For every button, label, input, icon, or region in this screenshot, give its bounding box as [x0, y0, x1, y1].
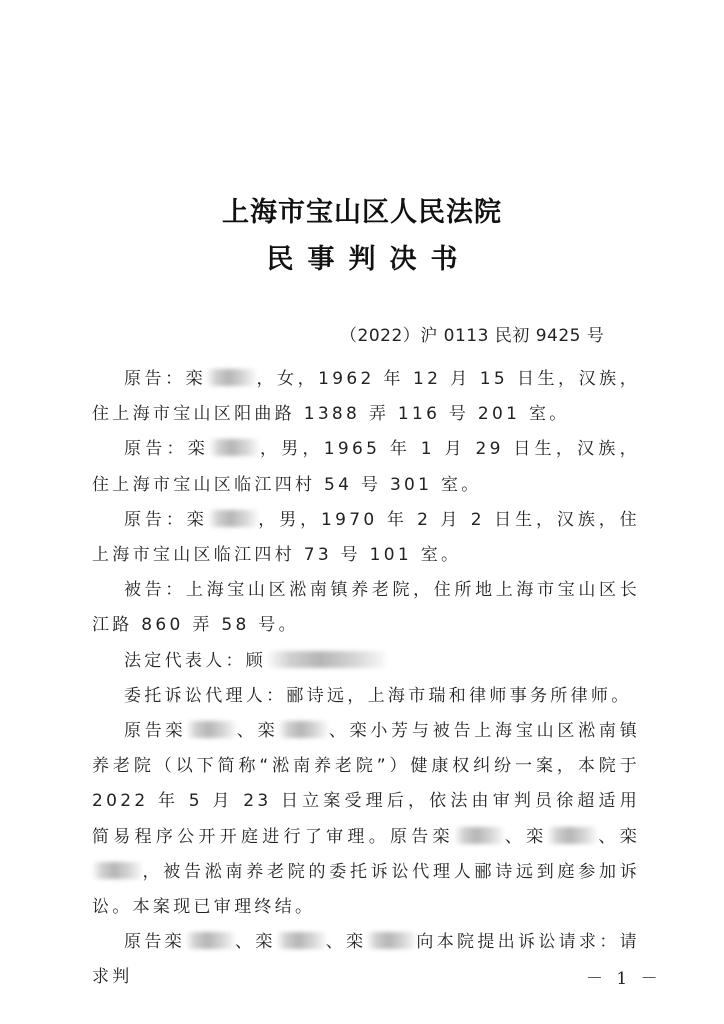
redacted-name: [276, 932, 326, 949]
redacted-name: [366, 932, 416, 949]
plaintiff-3-label: 原告：栾: [124, 510, 208, 530]
claims-paragraph: 原告栾、栾、栾向本院提出诉讼请求：请求判: [92, 925, 640, 995]
document-type-heading: 民事判决书: [0, 237, 724, 276]
redacted-name: [454, 827, 504, 844]
plaintiff-1-label: 原告：栾: [124, 369, 206, 389]
court-name-heading: 上海市宝山区人民法院: [0, 190, 724, 229]
redacted-name: [206, 369, 256, 386]
redacted-name: [185, 932, 235, 949]
defendant-paragraph: 被告：上海宝山区淞南镇养老院，住所地上海市宝山区长江路 860 弄 58 号。: [92, 573, 640, 643]
plaintiff-1-paragraph: 原告：栾，女，1962 年 12 月 15 日生，汉族，住上海市宝山区阳曲路 1…: [92, 362, 640, 432]
case-number: （2022）沪 0113 民初 9425 号: [340, 321, 604, 346]
redacted-name: [547, 827, 597, 844]
redacted-name: [266, 651, 386, 668]
redacted-name: [208, 510, 258, 527]
text-fragment: 、栾: [236, 721, 278, 741]
text-fragment: 原告栾: [124, 932, 185, 952]
judgment-body: 原告：栾，女，1962 年 12 月 15 日生，汉族，住上海市宝山区阳曲路 1…: [92, 362, 640, 996]
page-number: － 1 －: [586, 964, 662, 989]
legal-representative-label: 法定代表人：顾: [124, 651, 266, 671]
redacted-name: [209, 439, 259, 456]
judgment-page: 上海市宝山区人民法院 民事判决书 （2022）沪 0113 民初 9425 号 …: [0, 0, 724, 1024]
plaintiff-2-paragraph: 原告：栾，男，1965 年 1 月 29 日生，汉族，住上海市宝山区临江四村 5…: [92, 432, 640, 502]
text-fragment: 、栾: [597, 827, 640, 847]
redacted-name: [186, 721, 236, 738]
legal-representative-paragraph: 法定代表人：顾: [92, 644, 640, 679]
plaintiff-3-paragraph: 原告：栾，男，1970 年 2 月 2 日生，汉族，住上海市宝山区临江四村 73…: [92, 503, 640, 573]
redacted-name: [278, 721, 328, 738]
text-fragment: 原告栾: [124, 721, 186, 741]
text-fragment: 、栾: [235, 932, 276, 952]
case-history-paragraph: 原告栾、栾、栾小芳与被告上海宝山区淞南镇养老院（以下简称“淞南养老院”）健康权纠…: [92, 714, 640, 925]
text-fragment: 、栾: [326, 932, 367, 952]
text-fragment: ，被告淞南养老院的委托诉讼代理人郦诗远到庭参加诉讼。本案现已审理终结。: [92, 862, 640, 917]
plaintiff-2-label: 原告：栾: [124, 439, 209, 459]
redacted-name: [92, 862, 142, 879]
agent-paragraph: 委托诉讼代理人：郦诗远，上海市瑞和律师事务所律师。: [92, 679, 640, 714]
text-fragment: 、栾: [504, 827, 548, 847]
